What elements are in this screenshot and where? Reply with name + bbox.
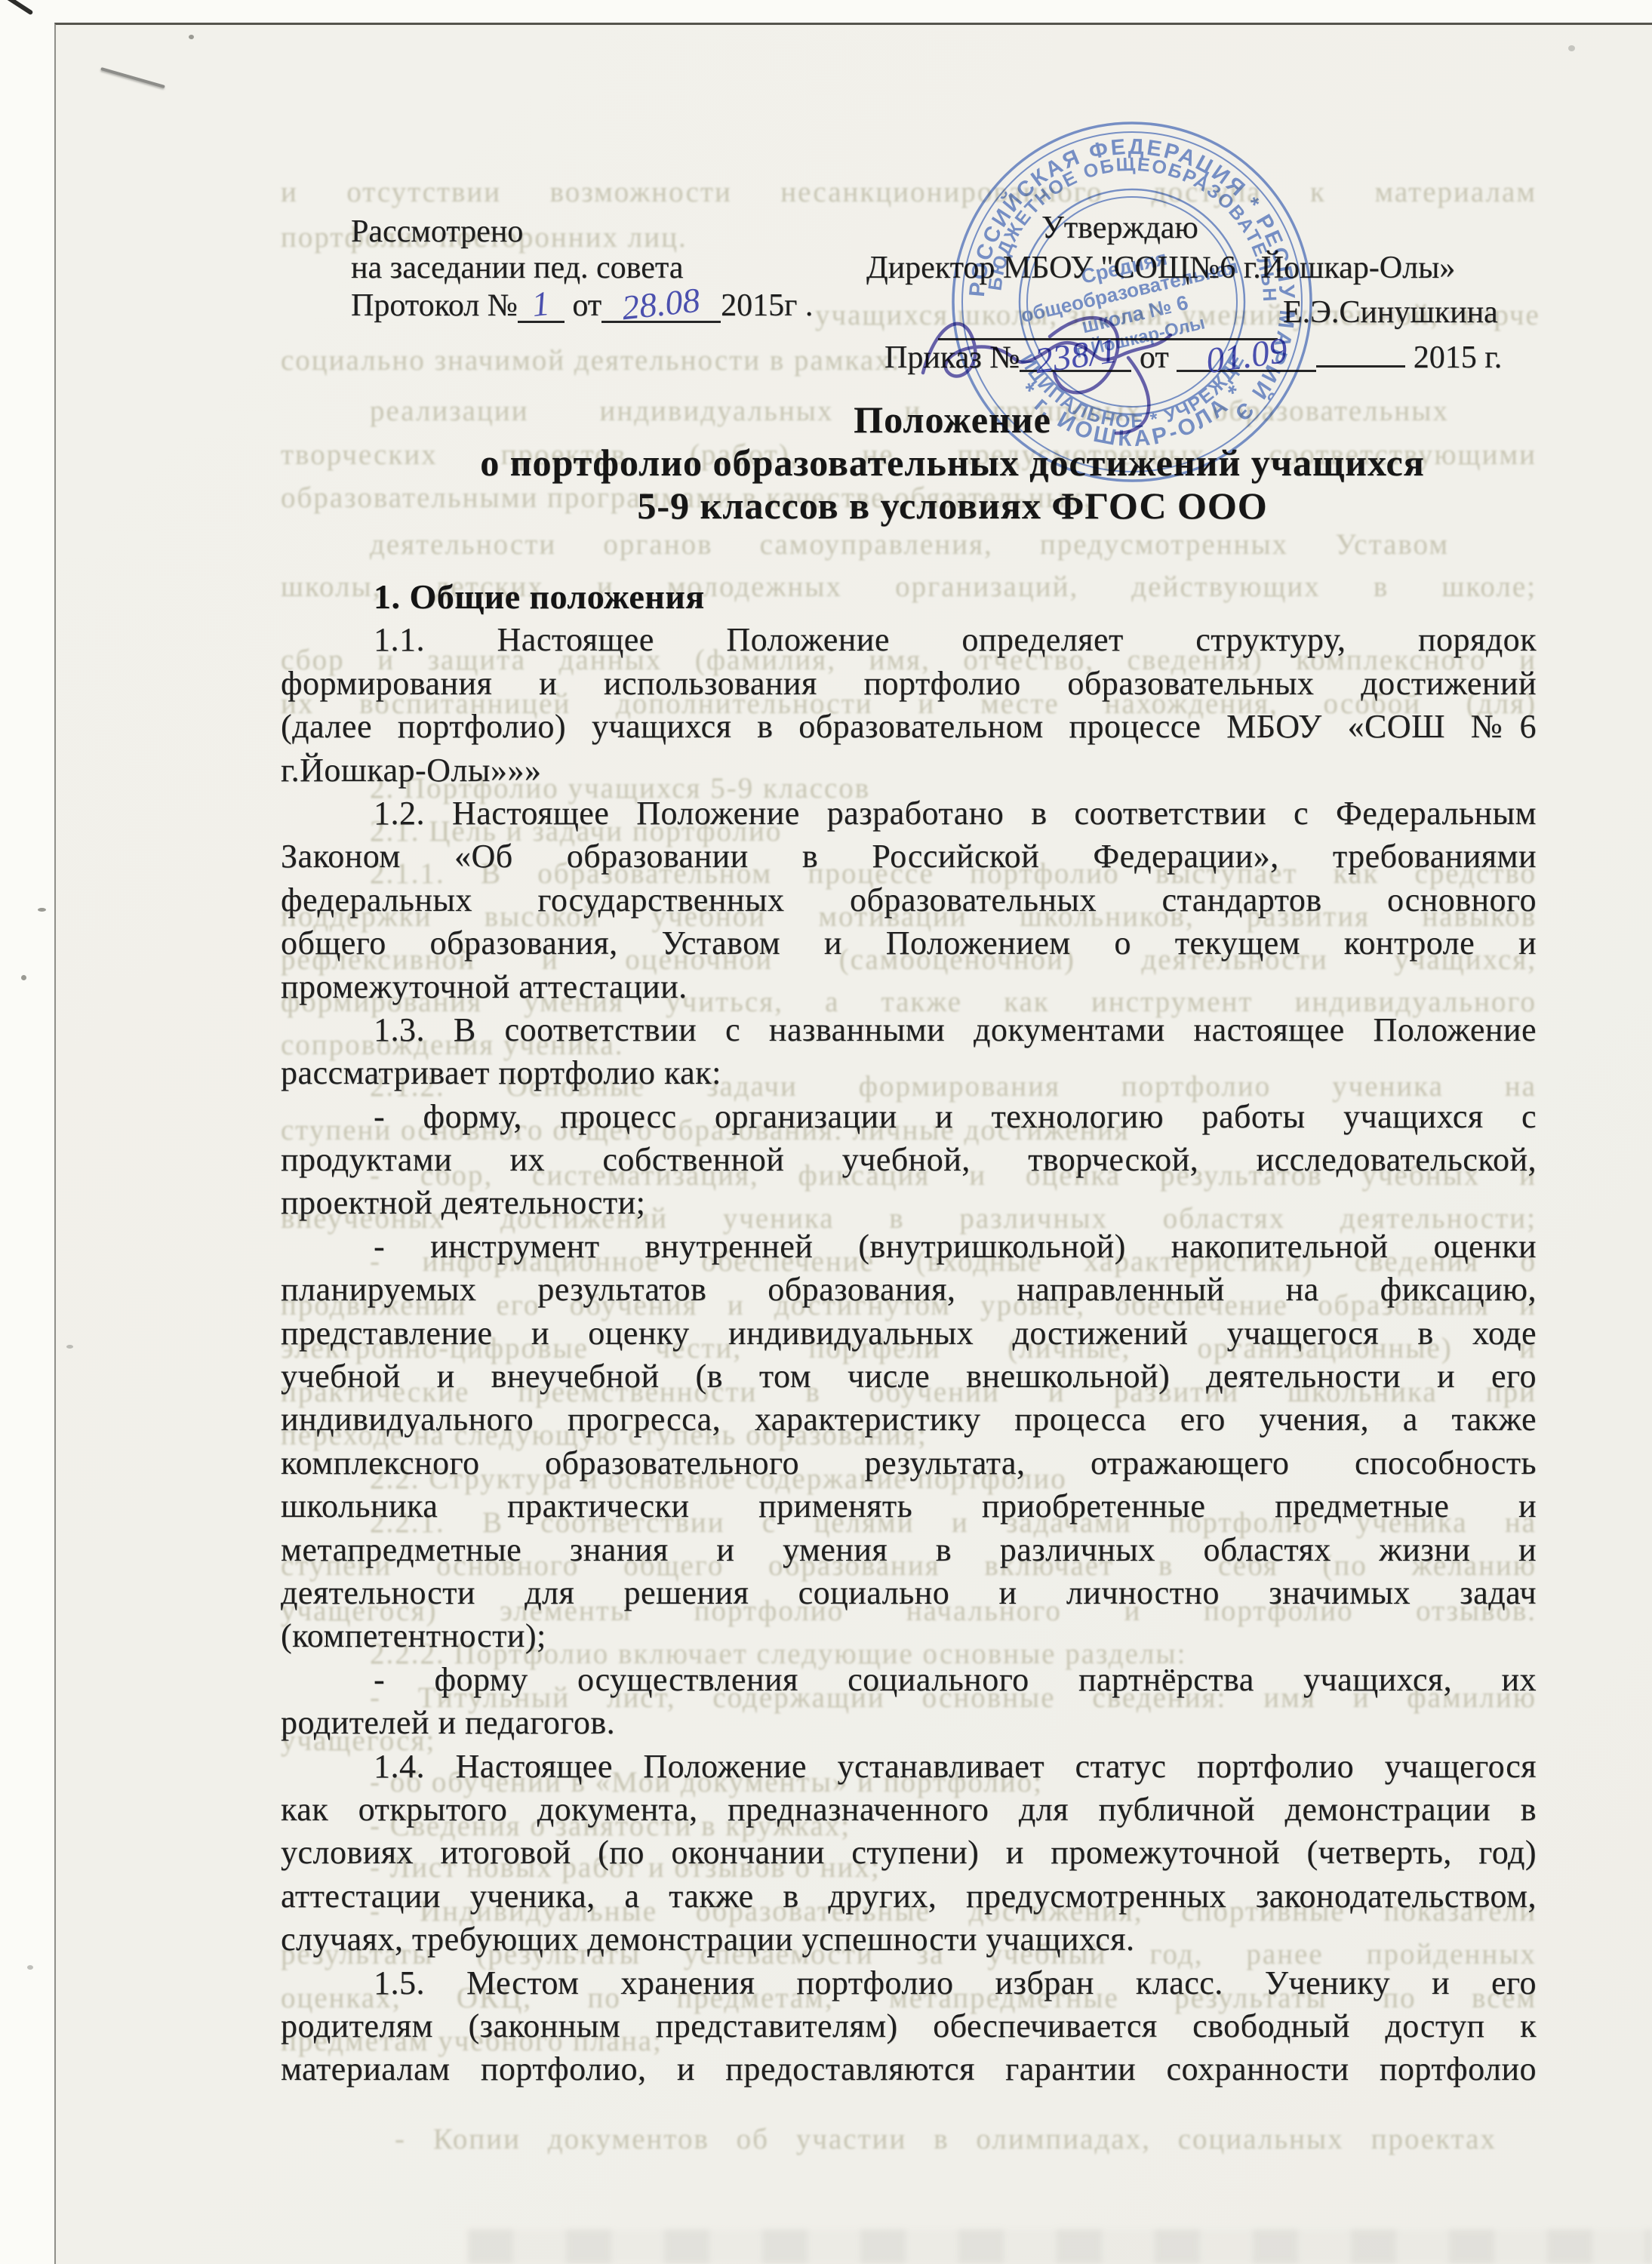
body-line: представление и оценку индивидуальных до… xyxy=(281,1312,1537,1355)
protocol-label: Протокол № xyxy=(351,288,518,323)
body-line: комплексного образовательного результата… xyxy=(281,1441,1537,1484)
body-line: учебной и внеучебной (в том числе внешко… xyxy=(281,1355,1537,1398)
handwritten-protocol-date: 28.08 xyxy=(620,282,702,327)
bleed-through-text: деятельности органов самоуправления, пре… xyxy=(370,527,1449,563)
bleed-through-text: социально значимой деятельности в рамках… xyxy=(281,343,945,379)
body-line: 1.2. Настоящее Положение разработано в с… xyxy=(281,792,1537,835)
bleed-through-text: и отсутствии возможности несанкционирова… xyxy=(281,174,1537,211)
body-line: родителей и педагогов. xyxy=(281,1701,1537,1744)
order-blank-slot xyxy=(1316,331,1405,368)
section-heading: 1. Общие положения xyxy=(281,575,1537,618)
body-line: Законом «Об образовании в Российской Фед… xyxy=(281,835,1537,878)
body-line: продуктами их собственной учебной, творч… xyxy=(281,1138,1537,1181)
body-line: родителям (законным представителям) обес… xyxy=(281,2004,1537,2047)
body-line: условиях итоговой (по окончании ступени)… xyxy=(281,1831,1537,1874)
body-line: 1.4. Настоящее Положение устанавливает с… xyxy=(281,1745,1537,1788)
body-line: 1.5. Местом хранения портфолио избран кл… xyxy=(281,1961,1537,2004)
body-line: - форму осуществления социального партнё… xyxy=(281,1658,1537,1701)
reviewed-block: Рассмотрено на заседании пед. совета Про… xyxy=(351,214,813,324)
body-line: рассматривает портфолио как: xyxy=(281,1051,1537,1094)
bleed-through-text: - Копии документов об участии в олимпиад… xyxy=(395,2121,1497,2158)
protocol-year: 2015г . xyxy=(721,288,813,323)
body-line: метапредметные знания и умения в различн… xyxy=(281,1528,1537,1571)
body-text: 1. Общие положения1.1. Настоящее Положен… xyxy=(281,575,1537,2091)
from-label: от xyxy=(572,288,601,323)
body-line: (далее портфолио) учащихся в образовател… xyxy=(281,705,1537,748)
handwritten-protocol-number: 1 xyxy=(531,285,552,323)
body-line: промежуточной аттестации. xyxy=(281,965,1537,1008)
body-line: проектной деятельности; xyxy=(281,1181,1537,1224)
body-line: общего образования, Уставом и Положением… xyxy=(281,921,1537,964)
body-line: планируемых результатов образования, нап… xyxy=(281,1268,1537,1311)
body-line: деятельности для решения социально и лич… xyxy=(281,1571,1537,1614)
title-line3: 5-9 классов в условиях ФГОС ООО xyxy=(281,484,1624,528)
protocol-number-slot: 1 xyxy=(518,286,565,323)
body-line: (компетентности); xyxy=(281,1614,1537,1657)
protocol-date-slot: 28.08 xyxy=(601,286,721,323)
body-line: федеральных государственных образователь… xyxy=(281,878,1537,921)
reviewed-line2: на заседании пед. совета xyxy=(351,250,813,286)
body-line: - форму, процесс организации и технологи… xyxy=(281,1095,1537,1138)
director-signature xyxy=(902,288,1257,439)
body-line: 1.1. Настоящее Положение определяет стру… xyxy=(281,618,1537,661)
body-line: материалам портфолио, и предоставляются … xyxy=(281,2047,1537,2090)
body-line: формирования и использования портфолио о… xyxy=(281,662,1537,705)
order-year: 2015 г. xyxy=(1414,340,1503,375)
body-line: индивидуального прогресса, характеристик… xyxy=(281,1398,1537,1441)
body-line: случаях, требующих демонстрации успешнос… xyxy=(281,1918,1537,1961)
body-line: - инструмент внутренней (внутришкольной)… xyxy=(281,1225,1537,1268)
body-line: как открытого документа, предназначенног… xyxy=(281,1788,1537,1831)
body-line: аттестации ученика, а также в других, пр… xyxy=(281,1875,1537,1918)
reviewed-line1: Рассмотрено xyxy=(351,214,813,250)
protocol-line: Протокол №1 от28.082015г . xyxy=(351,286,813,324)
body-line: г.Йошкар-Олы»»» xyxy=(281,749,1537,792)
body-line: школьника практически применять приобрет… xyxy=(281,1484,1537,1527)
scanned-document-page: { "document": { "header": { "reviewed": … xyxy=(0,0,1652,2264)
body-line: 1.3. В соответствии с названными докумен… xyxy=(281,1008,1537,1051)
